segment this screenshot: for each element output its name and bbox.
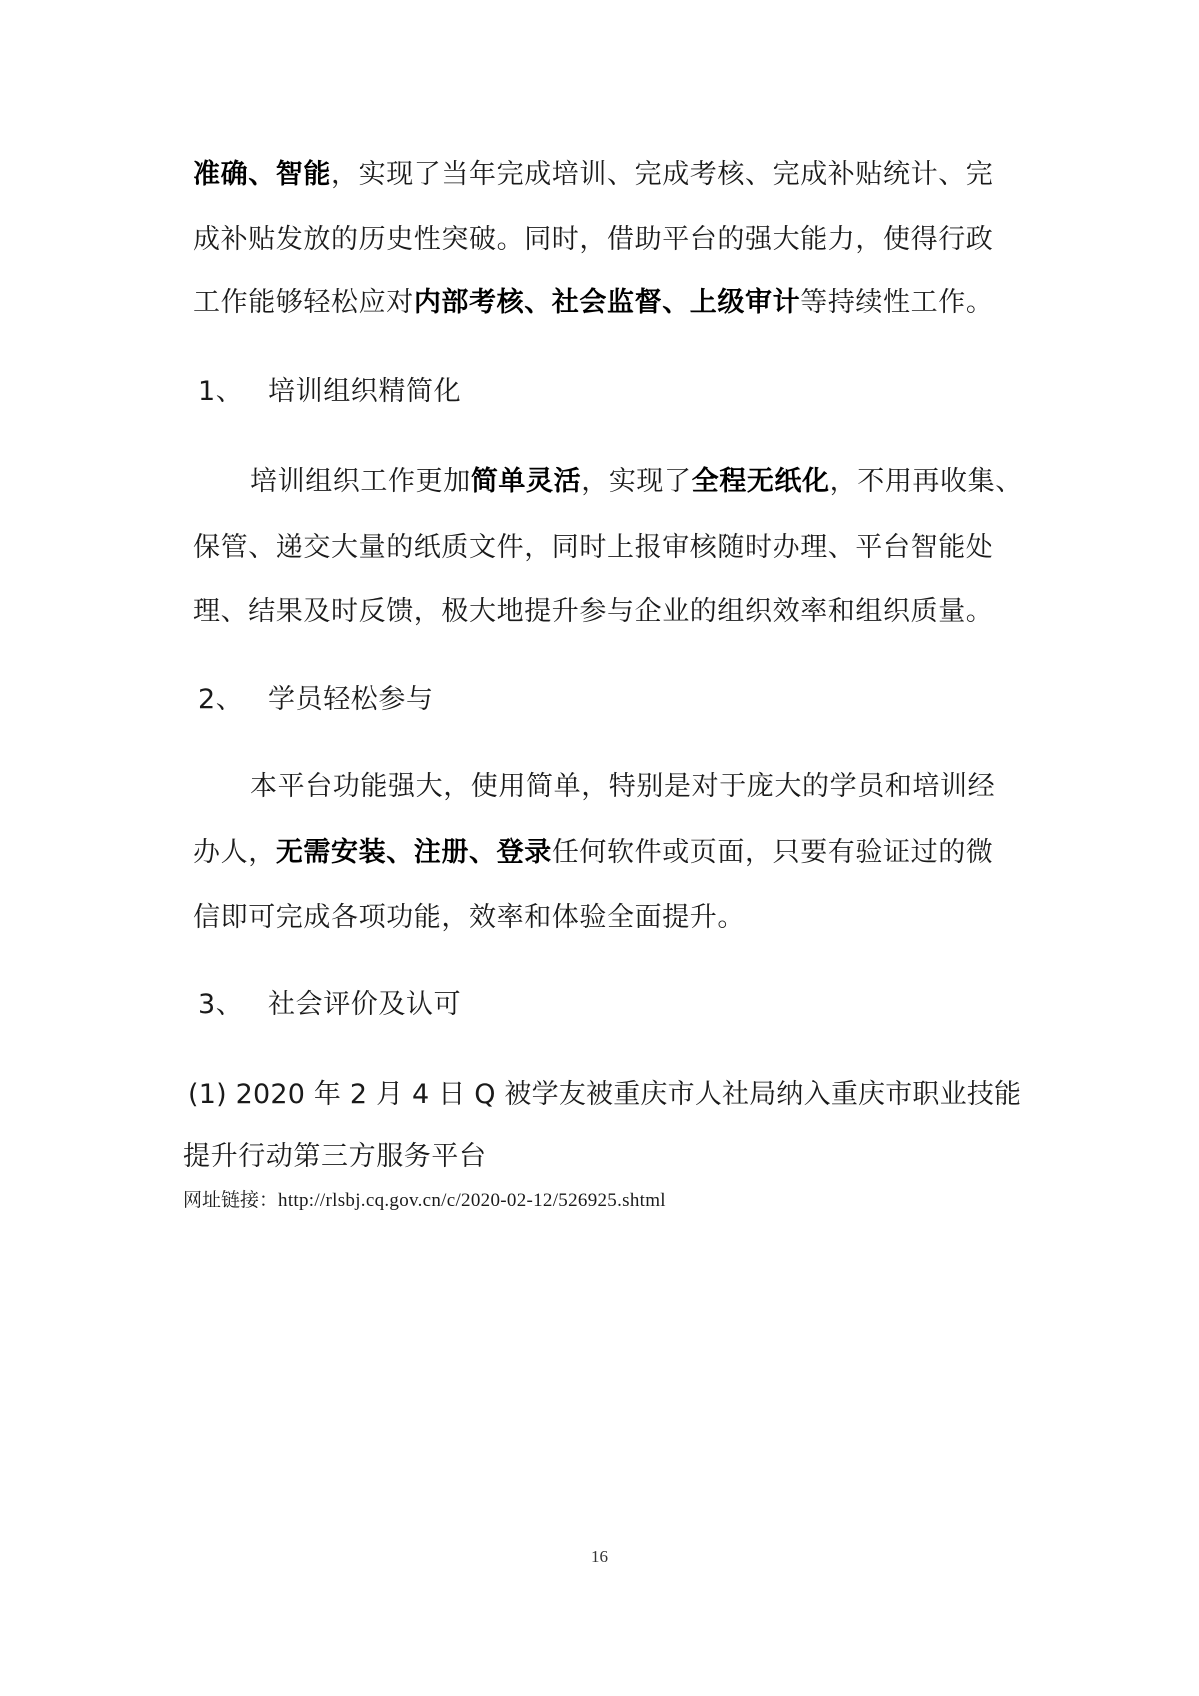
section-title: 社会评价及认可 — [268, 989, 461, 1020]
section-2-para-line-1: 本平台功能强大，使用简单，特别是对于庞大的学员和培训经 — [250, 769, 995, 805]
bold-phrase: 内部考核、社会监督、上级审计 — [414, 287, 800, 318]
section-1-para-line-1: 培训组织工作更加简单灵活，实现了全程无纸化，不用再收集、 — [250, 464, 1023, 500]
url-link[interactable]: http://rlsbj.cq.gov.cn/c/2020-02-12/5269… — [278, 1190, 666, 1211]
section-heading-2: 2、学员轻松参与 — [198, 682, 434, 718]
section-1-para-line-2: 保管、递交大量的纸质文件，同时上报审核随时办理、平台智能处 — [193, 530, 993, 566]
intro-line-2: 成补贴发放的历史性突破。同时，借助平台的强大能力，使得行政 — [193, 222, 993, 258]
section-number: 1、 — [198, 374, 268, 410]
bold-phrase: 全程无纸化 — [692, 466, 830, 497]
bold-phrase: 准确、智能 — [193, 159, 331, 190]
section-number: 2、 — [198, 682, 268, 718]
url-line: 网址链接：http://rlsbj.cq.gov.cn/c/2020-02-12… — [183, 1186, 666, 1215]
section-title: 学员轻松参与 — [268, 684, 434, 715]
section-heading-1: 1、培训组织精简化 — [198, 374, 461, 410]
intro-line-1: 准确、智能，实现了当年完成培训、完成考核、完成补贴统计、完 — [193, 157, 993, 193]
section-heading-3: 3、社会评价及认可 — [198, 987, 461, 1023]
intro-line-3: 工作能够轻松应对内部考核、社会监督、上级审计等持续性工作。 — [193, 285, 993, 321]
section-number: 3、 — [198, 987, 268, 1023]
recognition-item-line-1: (1) 2020 年 2 月 4 日 Q 被学友被重庆市人社局纳入重庆市职业技能 — [188, 1077, 1021, 1113]
recognition-item-line-2: 提升行动第三方服务平台 — [183, 1139, 487, 1175]
section-title: 培训组织精简化 — [268, 376, 461, 407]
bold-phrase: 简单灵活 — [471, 466, 581, 497]
section-2-para-line-3: 信即可完成各项功能，效率和体验全面提升。 — [193, 900, 745, 936]
bold-phrase: 无需安装、注册、登录 — [276, 837, 552, 868]
url-label: 网址链接： — [183, 1189, 278, 1211]
page-number: 16 — [0, 1547, 1199, 1567]
section-2-para-line-2: 办人，无需安装、注册、登录任何软件或页面，只要有验证过的微 — [193, 835, 993, 871]
section-1-para-line-3: 理、结果及时反馈，极大地提升参与企业的组织效率和组织质量。 — [193, 594, 993, 630]
